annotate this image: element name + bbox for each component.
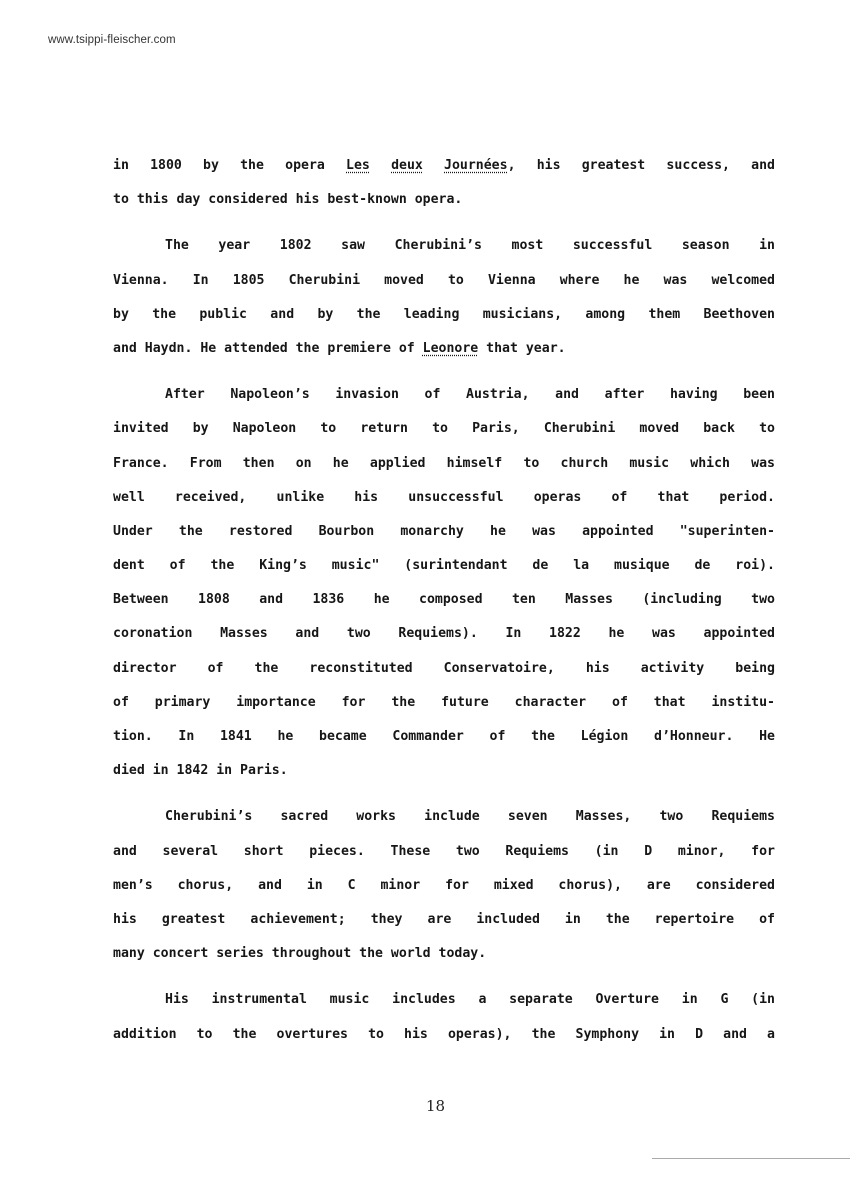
page-number: 18 [426,1097,445,1115]
text-line: men’s chorus, and in C minor for mixed c… [113,869,775,903]
text-segment: his greatest achievement; they are inclu… [113,912,775,927]
text-segment: After Napoleon’s invasion of Austria, an… [165,387,775,402]
text-line: coronation Masses and two Requiems). In … [113,617,775,651]
text-line: The year 1802 saw Cherubini’s most succe… [113,229,775,263]
text-segment: France. From then on he applied himself … [113,456,775,471]
text-line: Cherubini’s sacred works include seven M… [113,800,775,834]
text-line: tion. In 1841 he became Commander of the… [113,720,775,754]
text-line: invited by Napoleon to return to Paris, … [113,412,775,446]
text-segment: Cherubini’s sacred works include seven M… [165,809,775,824]
text-line: his greatest achievement; they are inclu… [113,903,775,937]
text-line: Under the restored Bourbon monarchy he w… [113,515,775,549]
text-segment: invited by Napoleon to return to Paris, … [113,421,775,436]
text-line: many concert series throughout the world… [113,937,775,971]
text-line: After Napoleon’s invasion of Austria, an… [113,378,775,412]
text-segment: , his greatest success, and [508,158,775,173]
paragraph: The year 1802 saw Cherubini’s most succe… [113,229,775,366]
text-segment: Under the restored Bourbon monarchy he w… [113,524,775,539]
site-url-watermark: www.tsippi-fleischer.com [48,34,176,46]
text-segment: of primary importance for the future cha… [113,695,775,710]
underlined-title: deux [391,158,423,173]
text-line: in 1800 by the opera Les deux Journées, … [113,149,775,183]
text-segment: Between 1808 and 1836 he composed ten Ma… [113,592,775,607]
paragraph: in 1800 by the opera Les deux Journées, … [113,149,775,217]
text-segment: The year 1802 saw Cherubini’s most succe… [165,238,775,253]
text-line: and several short pieces. These two Requ… [113,835,775,869]
text-segment: His instrumental music includes a separa… [165,992,775,1007]
text-segment: coronation Masses and two Requiems). In … [113,626,775,641]
text-line: His instrumental music includes a separa… [113,983,775,1017]
text-segment: in 1800 by the opera [113,158,346,173]
text-segment: dent of the King’s music" (surintendant … [113,558,775,573]
text-line: France. From then on he applied himself … [113,447,775,481]
text-segment: well received, unlike his unsuccessful o… [113,490,775,505]
text-segment: many concert series throughout the world… [113,946,486,961]
text-line: to this day considered his best-known op… [113,183,775,217]
text-line: by the public and by the leading musicia… [113,298,775,332]
footer-rule [652,1158,850,1159]
paragraph: Cherubini’s sacred works include seven M… [113,800,775,971]
text-line: died in 1842 in Paris. [113,754,775,788]
underlined-title: Leonore [423,341,479,356]
text-segment: men’s chorus, and in C minor for mixed c… [113,878,775,893]
text-line: Between 1808 and 1836 he composed ten Ma… [113,583,775,617]
text-segment: by the public and by the leading musicia… [113,307,775,322]
paragraph: After Napoleon’s invasion of Austria, an… [113,378,775,788]
text-segment: Vienna. In 1805 Cherubini moved to Vienn… [113,273,775,288]
text-line: and Haydn. He attended the premiere of L… [113,332,775,366]
text-line: addition to the overtures to his operas)… [113,1018,775,1052]
underlined-title: Les [346,158,370,173]
text-segment: tion. In 1841 he became Commander of the… [113,729,775,744]
text-segment [423,158,444,173]
text-line: Vienna. In 1805 Cherubini moved to Vienn… [113,264,775,298]
text-segment: and Haydn. He attended the premiere of [113,341,423,356]
text-segment: director of the reconstituted Conservato… [113,661,775,676]
text-line: dent of the King’s music" (surintendant … [113,549,775,583]
text-segment: addition to the overtures to his operas)… [113,1027,775,1042]
text-segment [370,158,391,173]
text-segment: and several short pieces. These two Requ… [113,844,775,859]
text-segment: died in 1842 in Paris. [113,763,288,778]
text-line: well received, unlike his unsuccessful o… [113,481,775,515]
text-segment: to this day considered his best-known op… [113,192,462,207]
document-body: in 1800 by the opera Les deux Journées, … [113,149,775,1064]
text-segment: that year. [478,341,565,356]
paragraph: His instrumental music includes a separa… [113,983,775,1051]
underlined-title: Journées [444,158,508,173]
text-line: director of the reconstituted Conservato… [113,652,775,686]
text-line: of primary importance for the future cha… [113,686,775,720]
